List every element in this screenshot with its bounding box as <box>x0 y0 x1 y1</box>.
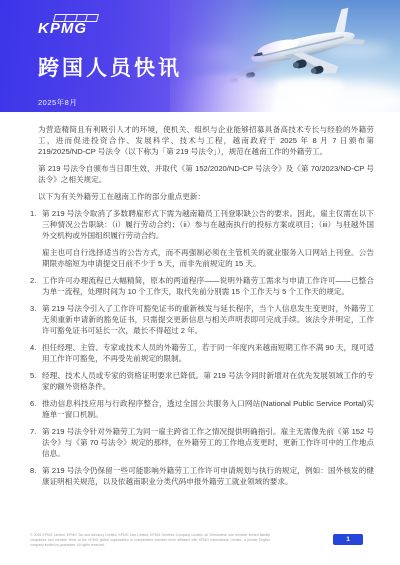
header-banner: KPMG 跨国人员快讯 2025年8月 <box>0 0 400 112</box>
list-item: 6. 推动信息科技应用与行政程序整合，透过全国公共服务入口网站(National… <box>30 398 374 420</box>
kpmg-logo-grid <box>53 14 99 22</box>
list-item-text: 第 219 号法令取消了多数聘雇形式下需为越南籍员工刊登职缺公告的要求。因此，雇… <box>42 208 374 269</box>
intro-paragraph-2: 第 219 号法令自颁布当日即生效，并取代《第 152/2020/ND-CP 号… <box>38 163 374 185</box>
copyright-disclaimer: © 2025 KPMG Limited, KPMG Tax and Adviso… <box>30 533 270 547</box>
page-title: 跨国人员快讯 <box>38 52 182 82</box>
list-item: 5. 经理、技术人员或专家的资格证明要求已降低。第 219 号法令同时新增对在优… <box>30 370 374 392</box>
kpmg-logo-text: KPMG <box>38 22 182 36</box>
list-item-subparagraph: 雇主也可自行选择适当的公告方式，而不再强制必须在主管机关的就业服务入口网站上刊登… <box>42 247 374 269</box>
page-footer: © 2025 KPMG Limited, KPMG Tax and Adviso… <box>30 533 374 547</box>
list-item-paragraph: 经理、技术人员或专家的资格证明要求已降低。第 219 号法令同时新增对在优先发展… <box>42 370 374 392</box>
issue-date: 2025年8月 <box>38 97 182 108</box>
list-number: 3. <box>30 303 42 336</box>
list-number: 7. <box>30 426 42 459</box>
intro-paragraph-1: 为营造精简且有利吸引人才的环境，使机关、组织与企业能够招募具备高技术专长与经验的… <box>38 124 374 157</box>
list-number: 5. <box>30 370 42 392</box>
kpmg-logo-icon: KPMG <box>38 14 182 36</box>
lead-in-line: 以下为有关外籍劳工在越南工作的部分重点更新： <box>38 191 374 202</box>
document-body: 为营造精简且有利吸引人才的环境，使机关、组织与企业能够招募具备高技术专长与经验的… <box>0 112 400 487</box>
list-item-paragraph: 第 219 号法令引入了工作许可豁免证书的重新核发与延长程序，当个人信息发生变更… <box>42 303 374 336</box>
list-number: 2. <box>30 275 42 297</box>
list-item: 8. 第 219 号法令仍保留一些可能影响外籍劳工工作许可申请规划与执行的规定，… <box>30 465 374 487</box>
page-number-badge: 1 <box>333 534 363 545</box>
list-number: 8. <box>30 465 42 487</box>
header-content: KPMG 跨国人员快讯 2025年8月 <box>38 14 182 108</box>
list-item: 7. 第 219 号法令针对外籍劳工为同一雇主跨省工作之情况提供明确指引。雇主无… <box>30 426 374 459</box>
list-item-paragraph: 推动信息科技应用与行政程序整合，透过全国公共服务入口网站(National Pu… <box>42 398 374 420</box>
list-item-paragraph: 担任经理、主管、专家或技术人员的外籍劳工，若于同一年度内来越南短期工作不满 90… <box>42 342 374 364</box>
list-item: 2. 工作许可办理流程已大幅精简，原本的两道程序——说明外籍劳工需求与申请工作许… <box>30 275 374 297</box>
list-number: 4. <box>30 342 42 364</box>
list-item: 1. 第 219 号法令取消了多数聘雇形式下需为越南籍员工刊登职缺公告的要求。因… <box>30 208 374 269</box>
list-item: 4. 担任经理、主管、专家或技术人员的外籍劳工，若于同一年度内来越南短期工作不满… <box>30 342 374 364</box>
list-item: 3. 第 219 号法令引入了工作许可豁免证书的重新核发与延长程序，当个人信息发… <box>30 303 374 336</box>
list-item-paragraph: 第 219 号法令取消了多数聘雇形式下需为越南籍员工刊登职缺公告的要求。因此，雇… <box>42 209 374 240</box>
list-item-paragraph: 第 219 号法令仍保留一些可能影响外籍劳工工作许可申请规划与执行的规定，例如：… <box>42 465 374 487</box>
newsletter-page: KPMG 跨国人员快讯 2025年8月 为营造精简且有利吸引人才的环境，使机关、… <box>0 0 400 565</box>
list-number: 6. <box>30 398 42 420</box>
list-number: 1. <box>30 208 42 269</box>
list-item-paragraph: 工作许可办理流程已大幅精简，原本的两道程序——说明外籍劳工需求与申请工作许可——… <box>42 275 374 297</box>
list-item-paragraph: 第 219 号法令针对外籍劳工为同一雇主跨省工作之情况提供明确指引。雇主无需像先… <box>42 426 374 459</box>
